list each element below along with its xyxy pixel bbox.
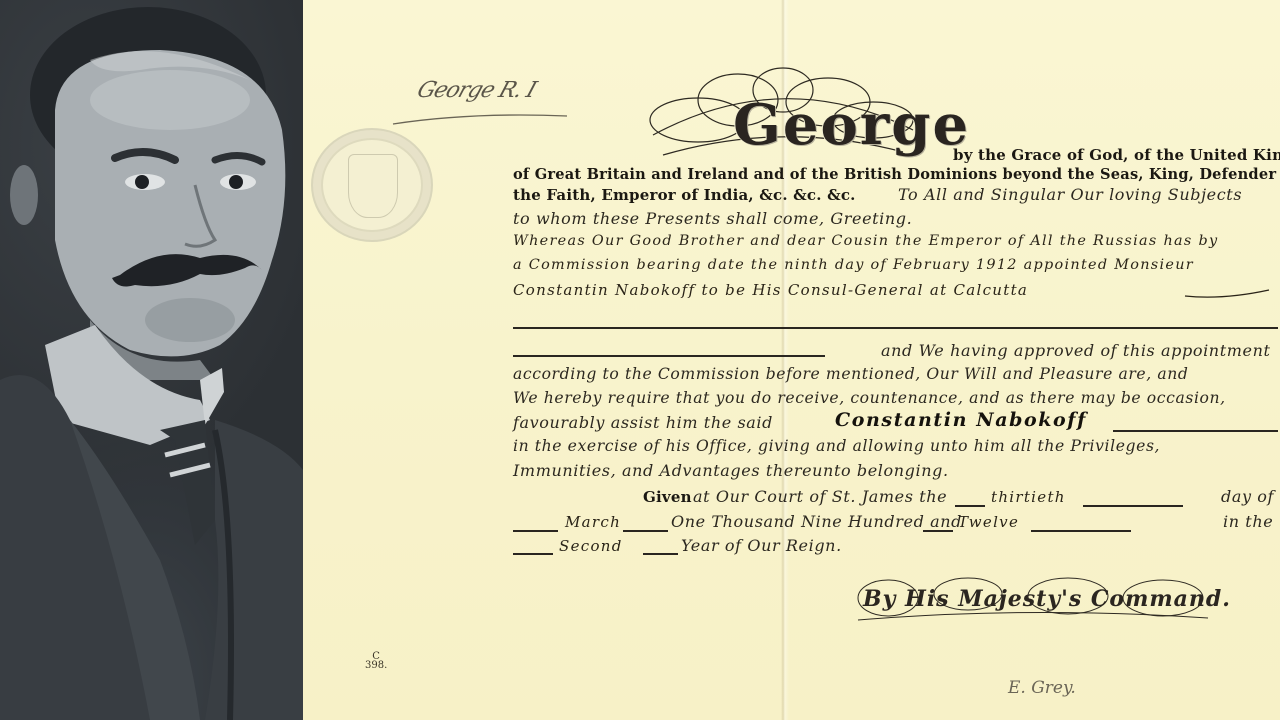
blank-rule-2 — [513, 355, 825, 357]
text-line-1: by the Grace of God, of the United Kingd… — [953, 146, 1280, 164]
text-line-4: to whom these Presents shall come, Greet… — [513, 209, 912, 228]
line-7-dash — [1183, 286, 1273, 302]
year-words: One Thousand Nine Hundred and — [671, 512, 962, 531]
royal-signature: George R. I — [414, 78, 539, 103]
blank-rule-year-a — [923, 530, 953, 532]
nominee-name: Constantin Nabokoff — [835, 409, 1087, 431]
blank-rule-year-b — [1031, 530, 1131, 532]
blank-rule-month-b — [623, 530, 668, 532]
secretary-signature: E. Grey. — [1008, 678, 1076, 698]
blank-rule-3 — [1113, 430, 1278, 432]
heading-george: George — [733, 92, 970, 158]
portrait-photo — [0, 0, 303, 720]
portrait-illustration — [0, 0, 303, 720]
text-line-13: Immunities, and Advantages thereunto bel… — [513, 461, 949, 480]
blank-rule-1 — [513, 327, 1278, 329]
file-mark: C 398. — [365, 652, 387, 670]
embossed-seal-icon — [311, 128, 433, 242]
given-label: Given — [643, 488, 692, 506]
text-line-7: Constantin Nabokoff to be His Consul-Gen… — [513, 281, 1028, 299]
text-line-11-prefix: favourably assist him the said — [513, 413, 773, 432]
reign-year-value: Second — [559, 537, 623, 555]
text-line-5: Whereas Our Good Brother and dear Cousin… — [513, 233, 1218, 249]
day-value: thirtieth — [991, 488, 1066, 506]
command-text: By His Majesty's Command. — [863, 586, 1231, 612]
reign-text: Year of Our Reign. — [681, 536, 842, 555]
text-line-6: a Commission bearing date the ninth day … — [513, 257, 1194, 273]
text-line-3b: To All and Singular Our loving Subjects — [898, 185, 1242, 204]
day-of-text: day of — [1221, 487, 1274, 506]
blank-rule-day-b — [1083, 505, 1183, 507]
month-value: March — [565, 513, 621, 531]
text-line-3a: the Faith, Emperor of India, &c. &c. &c. — [513, 186, 856, 204]
text-line-12: in the exercise of his Office, giving an… — [513, 437, 1160, 455]
given-text: at Our Court of St. James the — [693, 487, 947, 506]
text-line-2: of Great Britain and Ireland and of the … — [513, 166, 1280, 183]
text-line-8: and We having approved of this appointme… — [881, 341, 1271, 360]
blank-rule-reign-a — [513, 553, 553, 555]
text-line-10: We hereby require that you do receive, c… — [513, 389, 1226, 407]
signature-underline — [391, 108, 571, 128]
royal-commission-document: George R. I George by the Grace of God, … — [303, 0, 1280, 720]
in-the-text: in the — [1223, 512, 1273, 531]
text-line-9: according to the Commission before menti… — [513, 365, 1189, 383]
blank-rule-day-a — [955, 505, 985, 507]
blank-rule-reign-b — [643, 553, 678, 555]
file-mark-bottom: 398. — [365, 661, 387, 670]
year-value: Twelve — [958, 513, 1019, 531]
blank-rule-month-a — [513, 530, 558, 532]
